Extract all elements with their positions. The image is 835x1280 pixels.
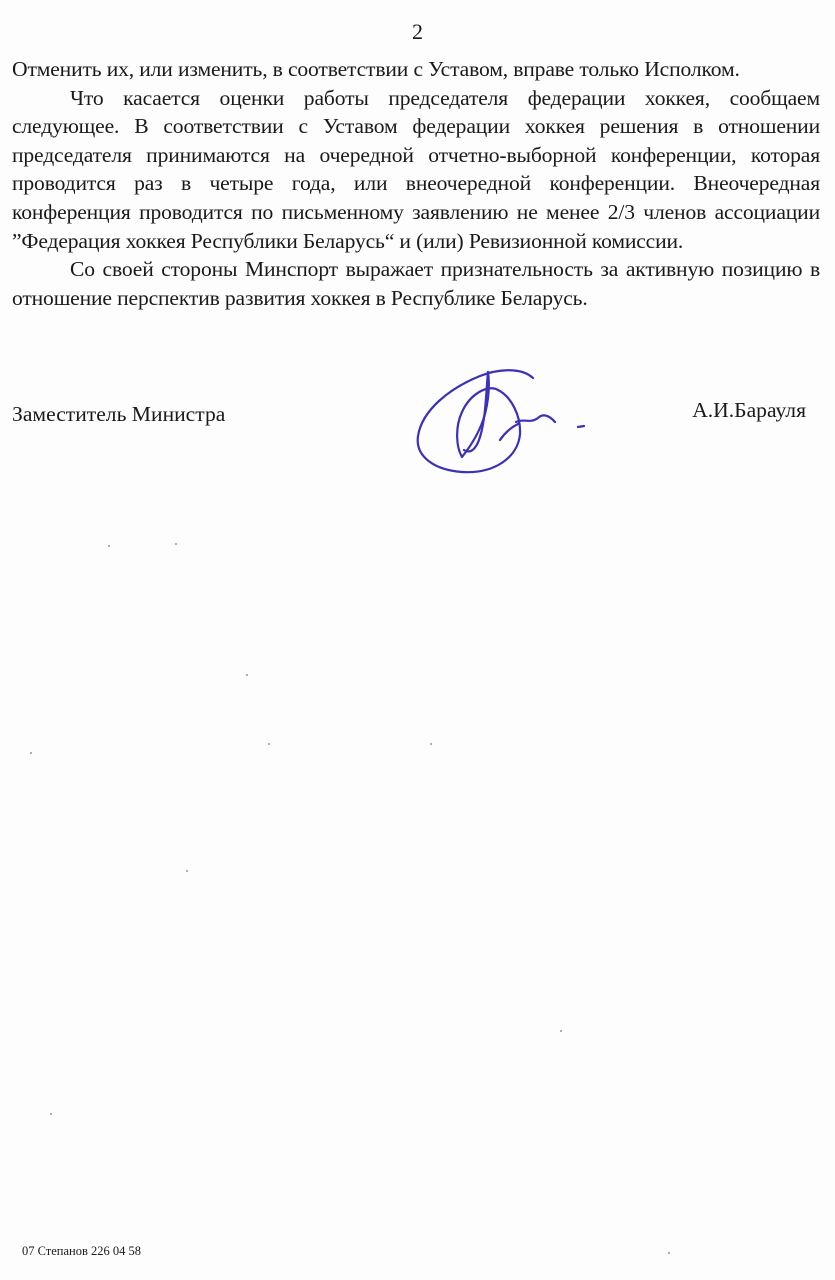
handwritten-signature-icon bbox=[400, 362, 600, 502]
scan-speck bbox=[175, 543, 177, 545]
paragraph-gratitude: Со своей стороны Минспорт выражает призн… bbox=[12, 255, 820, 312]
scan-speck bbox=[186, 870, 188, 872]
page-number: 2 bbox=[0, 18, 835, 46]
scan-speck bbox=[560, 1030, 562, 1032]
scan-speck bbox=[108, 545, 110, 547]
scan-speck bbox=[50, 1113, 52, 1115]
signatory-title: Заместитель Министра bbox=[12, 400, 225, 428]
signatory-name: А.И.Барауля bbox=[692, 396, 806, 424]
letter-body: Отменить их, или изменить, в соответстви… bbox=[12, 55, 820, 312]
scan-speck bbox=[268, 743, 270, 745]
scan-speck bbox=[246, 674, 248, 676]
executor-contact-note: 07 Степанов 226 04 58 bbox=[22, 1243, 141, 1259]
document-page: 2 Отменить их, или изменить, в соответст… bbox=[0, 0, 835, 1280]
scan-speck bbox=[668, 1252, 670, 1254]
paragraph-continuation: Отменить их, или изменить, в соответстви… bbox=[12, 55, 820, 84]
scan-speck bbox=[30, 752, 32, 754]
paragraph-chairman-evaluation: Что касается оценки работы председателя … bbox=[12, 84, 820, 256]
scan-speck bbox=[430, 743, 432, 745]
